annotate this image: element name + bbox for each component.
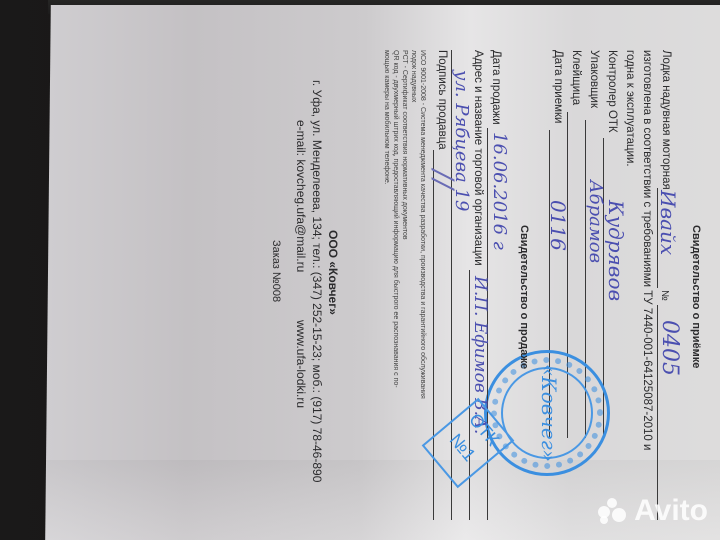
avito-watermark: Avito (598, 494, 708, 528)
seller-signature-label: Подпись продавца (436, 50, 448, 150)
company-round-stamp: «Ковчег» (484, 350, 610, 476)
footnote-5: мощью камеры на мобильном телефоне. (383, 50, 390, 185)
seller-signature: // (427, 170, 460, 189)
footnote-2: лодок надувных (410, 50, 417, 102)
gluer-label: Клейщица (570, 50, 582, 105)
company-website: www.ufa-lodki.ru (294, 320, 308, 408)
sale-date-value: 16.06.2016 г (489, 132, 510, 250)
footnote-1: ИСО 9001-2008 - Система менеджмента каче… (419, 50, 426, 399)
acceptance-date-label: Дата приемки (552, 50, 564, 123)
seller-signature-line (433, 150, 434, 520)
company-address: г. Уфа, ул. Менделеева, 134; тел.: (347)… (310, 80, 324, 482)
org-label: Адрес и название торговой организации (472, 50, 484, 266)
packer-label: Упаковщик (588, 50, 600, 108)
serial-number-handwritten: 0405 (657, 320, 682, 376)
order-number: Заказ №008 (270, 240, 282, 302)
otk-signature: Кудрявов (604, 200, 628, 301)
document-rotated: Свидетельство о приёмке Лодка надувная м… (30, 20, 710, 540)
company-name: ООО «Ковчег» (326, 230, 340, 315)
boat-label: Лодка надувная моторная (660, 50, 672, 190)
otk-label: Контролер ОТК (606, 50, 618, 133)
sale-date-label: Дата продажи (490, 50, 502, 125)
acceptance-date-value: 0116 (546, 200, 570, 251)
stamp-center-text: «Ковчег» (537, 353, 561, 473)
acceptance-title: Свидетельство о приёмке (690, 225, 702, 368)
number-sign: № (659, 290, 670, 301)
org-value-2: ул. Рябцева 19 (451, 70, 472, 211)
avito-logo-icon (598, 498, 628, 524)
conformity-text-1: изготовлена в соответствии с требованиям… (641, 50, 653, 450)
boat-model-handwritten: Ивайх (656, 190, 680, 255)
avito-brand-text: Avito (634, 494, 708, 528)
footnote-3: РСТ - Сертификат соответствия нормативны… (401, 50, 408, 240)
company-email: e-mail: kovcheg.ufa@mail.ru (294, 120, 308, 272)
conformity-text-2: годна к эксплуатации. (624, 50, 636, 167)
packer-signature: Абрамов (585, 180, 606, 263)
footnote-4: QR код - двухмерный штрих код, предостав… (392, 50, 399, 388)
sale-title: Свидетельство о продаже (518, 225, 530, 369)
